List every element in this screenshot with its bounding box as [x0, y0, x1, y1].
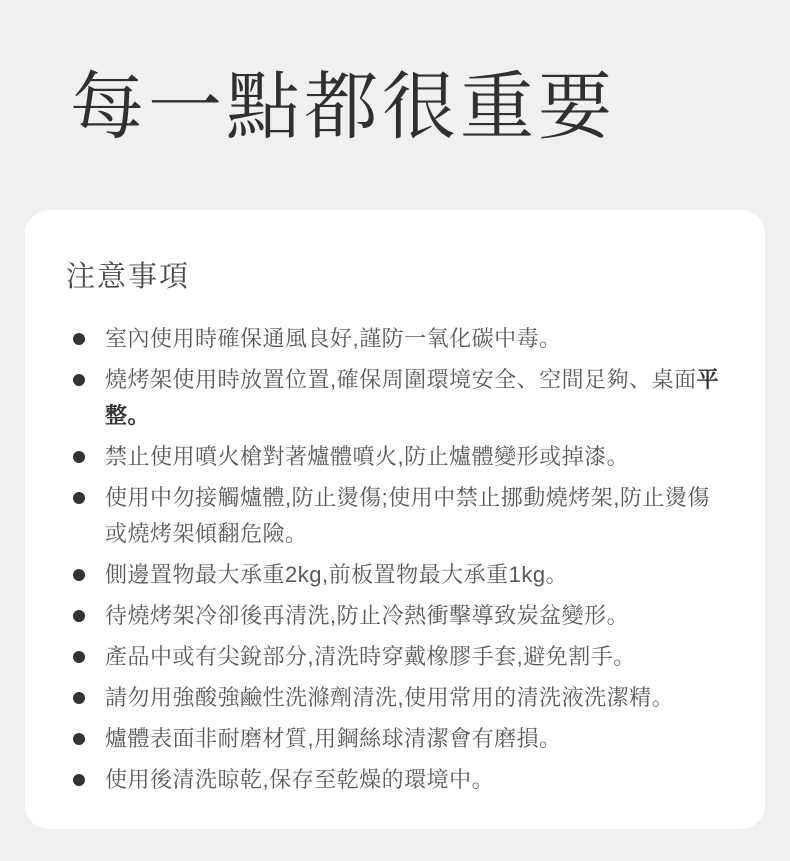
notice-heading: 注意事項: [66, 254, 731, 295]
notice-item-body: 燒烤架使用時放置位置,確保周圍環境安全、空間足夠、桌面平整。: [105, 362, 731, 434]
notice-item: 請勿用強酸強鹼性洗滌劑清洗,使用常用的清洗液洗潔精。: [66, 680, 731, 716]
bullet-icon: [73, 374, 85, 386]
notice-item-text: 請勿用強酸強鹼性洗滌劑清洗,使用常用的清洗液洗潔精。: [105, 685, 674, 710]
bullet-icon: [73, 569, 85, 581]
notice-item: 燒烤架使用時放置位置,確保周圍環境安全、空間足夠、桌面平整。: [66, 362, 731, 434]
page-title: 每一點都很重要: [70, 48, 616, 154]
bullet-icon: [73, 692, 85, 704]
notice-item: 使用後清洗晾乾,保存至乾燥的環境中。: [66, 762, 731, 798]
notice-item: 使用中勿接觸爐體,防止燙傷;使用中禁止挪動燒烤架,防止燙傷或燒烤架傾翻危險。: [66, 480, 731, 552]
notice-item-text: 燒烤架使用時放置位置,確保周圍環境安全、空間足夠、桌面: [105, 367, 697, 392]
notice-item: 產品中或有尖銳部分,清洗時穿戴橡膠手套,避免割手。: [66, 639, 731, 675]
notice-item-body: 待燒烤架冷卻後再清洗,防止冷熱衝擊導致炭盆變形。: [105, 598, 629, 634]
notice-item-text: 室內使用時確保通風良好,謹防一氧化碳中毒。: [105, 326, 562, 351]
notice-item: 爐體表面非耐磨材質,用鋼絲球清潔會有磨損。: [66, 721, 731, 757]
notice-item: 禁止使用噴火槍對著爐體噴火,防止爐體變形或掉漆。: [66, 439, 731, 475]
notice-item: 室內使用時確保通風良好,謹防一氧化碳中毒。: [66, 321, 731, 357]
notice-item-text: 側邊置物最大承重2kg,前板置物最大承重1kg。: [105, 562, 568, 587]
notice-item: 待燒烤架冷卻後再清洗,防止冷熱衝擊導致炭盆變形。: [66, 598, 731, 634]
notice-card: 注意事項 室內使用時確保通風良好,謹防一氧化碳中毒。 燒烤架使用時放置位置,確保…: [25, 210, 765, 829]
notice-item-body: 室內使用時確保通風良好,謹防一氧化碳中毒。: [105, 321, 562, 357]
bullet-icon: [73, 492, 85, 504]
bullet-icon: [73, 651, 85, 663]
bullet-icon: [73, 333, 85, 345]
notice-item-text: 待燒烤架冷卻後再清洗,防止冷熱衝擊導致炭盆變形。: [105, 603, 629, 628]
notice-item: 側邊置物最大承重2kg,前板置物最大承重1kg。: [66, 557, 731, 593]
bullet-icon: [73, 774, 85, 786]
notice-item-body: 側邊置物最大承重2kg,前板置物最大承重1kg。: [105, 557, 568, 593]
notice-item-body: 禁止使用噴火槍對著爐體噴火,防止爐體變形或掉漆。: [105, 439, 629, 475]
page: 每一點都很重要 注意事項 室內使用時確保通風良好,謹防一氧化碳中毒。 燒烤架使用…: [0, 0, 790, 861]
notice-list: 室內使用時確保通風良好,謹防一氧化碳中毒。 燒烤架使用時放置位置,確保周圍環境安…: [66, 321, 731, 798]
notice-item-text: 使用中勿接觸爐體,防止燙傷;使用中禁止挪動燒烤架,防止燙傷或燒烤架傾翻危險。: [105, 485, 710, 546]
notice-item-text: 爐體表面非耐磨材質,用鋼絲球清潔會有磨損。: [105, 726, 562, 751]
notice-item-text: 禁止使用噴火槍對著爐體噴火,防止爐體變形或掉漆。: [105, 444, 629, 469]
bullet-icon: [73, 733, 85, 745]
notice-item-body: 使用後清洗晾乾,保存至乾燥的環境中。: [105, 762, 494, 798]
bullet-icon: [73, 610, 85, 622]
notice-item-body: 爐體表面非耐磨材質,用鋼絲球清潔會有磨損。: [105, 721, 562, 757]
notice-item-text: 產品中或有尖銳部分,清洗時穿戴橡膠手套,避免割手。: [105, 644, 636, 669]
notice-item-body: 使用中勿接觸爐體,防止燙傷;使用中禁止挪動燒烤架,防止燙傷或燒烤架傾翻危險。: [105, 480, 731, 552]
notice-item-body: 請勿用強酸強鹼性洗滌劑清洗,使用常用的清洗液洗潔精。: [105, 680, 674, 716]
notice-item-text: 使用後清洗晾乾,保存至乾燥的環境中。: [105, 767, 494, 792]
bullet-icon: [73, 451, 85, 463]
notice-item-body: 產品中或有尖銳部分,清洗時穿戴橡膠手套,避免割手。: [105, 639, 636, 675]
